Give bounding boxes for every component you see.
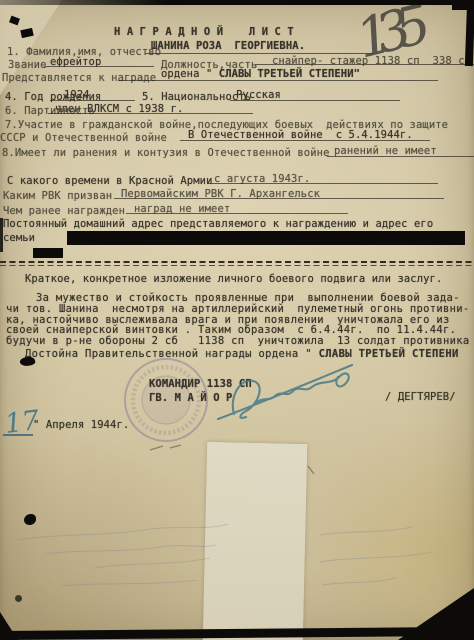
- scan-edge-mark: [0, 218, 3, 252]
- scanned-award-document: Н А Г Р А Д Н О Й Л И С Т ШАНИНА РОЗА ГЕ…: [0, 0, 474, 640]
- scan-border-right: [465, 0, 474, 66]
- pencil-notes: [0, 0, 474, 640]
- scan-border-bottom-right: [398, 588, 474, 640]
- ink-blot: [15, 595, 22, 602]
- scan-border-bottom-left: [0, 612, 18, 640]
- scan-border-top: [0, 0, 474, 5]
